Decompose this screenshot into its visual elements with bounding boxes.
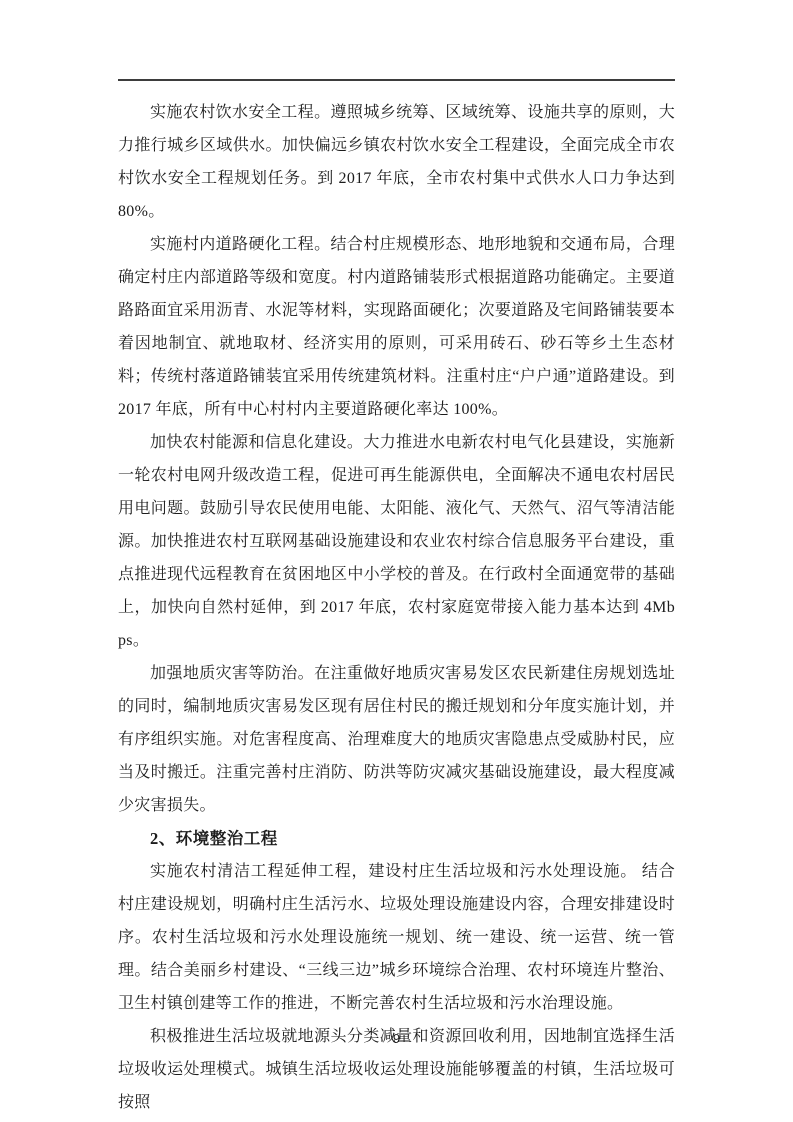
paragraph-geological-disaster-prevention: 加强地质灾害等防治。在注重做好地质灾害易发区农民新建住房规划选址的同时，编制地质… <box>118 657 675 822</box>
paragraph-road-hardening: 实施村内道路硬化工程。结合村庄规模形态、地形地貌和交通布局，合理确定村庄内部道路… <box>118 228 675 426</box>
paragraph-energy-informatization: 加快农村能源和信息化建设。大力推进水电新农村电气化县建设，实施新一轮农村电网升级… <box>118 426 675 657</box>
page-number: 9 <box>0 1031 793 1046</box>
paragraph-clean-project-extension: 实施农村清洁工程延伸工程，建设村庄生活垃圾和污水处理设施。 结合村庄建设规划，明… <box>118 855 675 1020</box>
page-body: 实施农村饮水安全工程。遵照城乡统筹、区域统筹、设施共享的原则，大力推行城乡区域供… <box>118 96 675 1119</box>
header-rule <box>118 79 675 81</box>
document-page: 实施农村饮水安全工程。遵照城乡统筹、区域统筹、设施共享的原则，大力推行城乡区域供… <box>0 0 793 1122</box>
section-heading-environment-improvement: 2、环境整治工程 <box>118 822 675 855</box>
paragraph-water-safety: 实施农村饮水安全工程。遵照城乡统筹、区域统筹、设施共享的原则，大力推行城乡区域供… <box>118 96 675 228</box>
